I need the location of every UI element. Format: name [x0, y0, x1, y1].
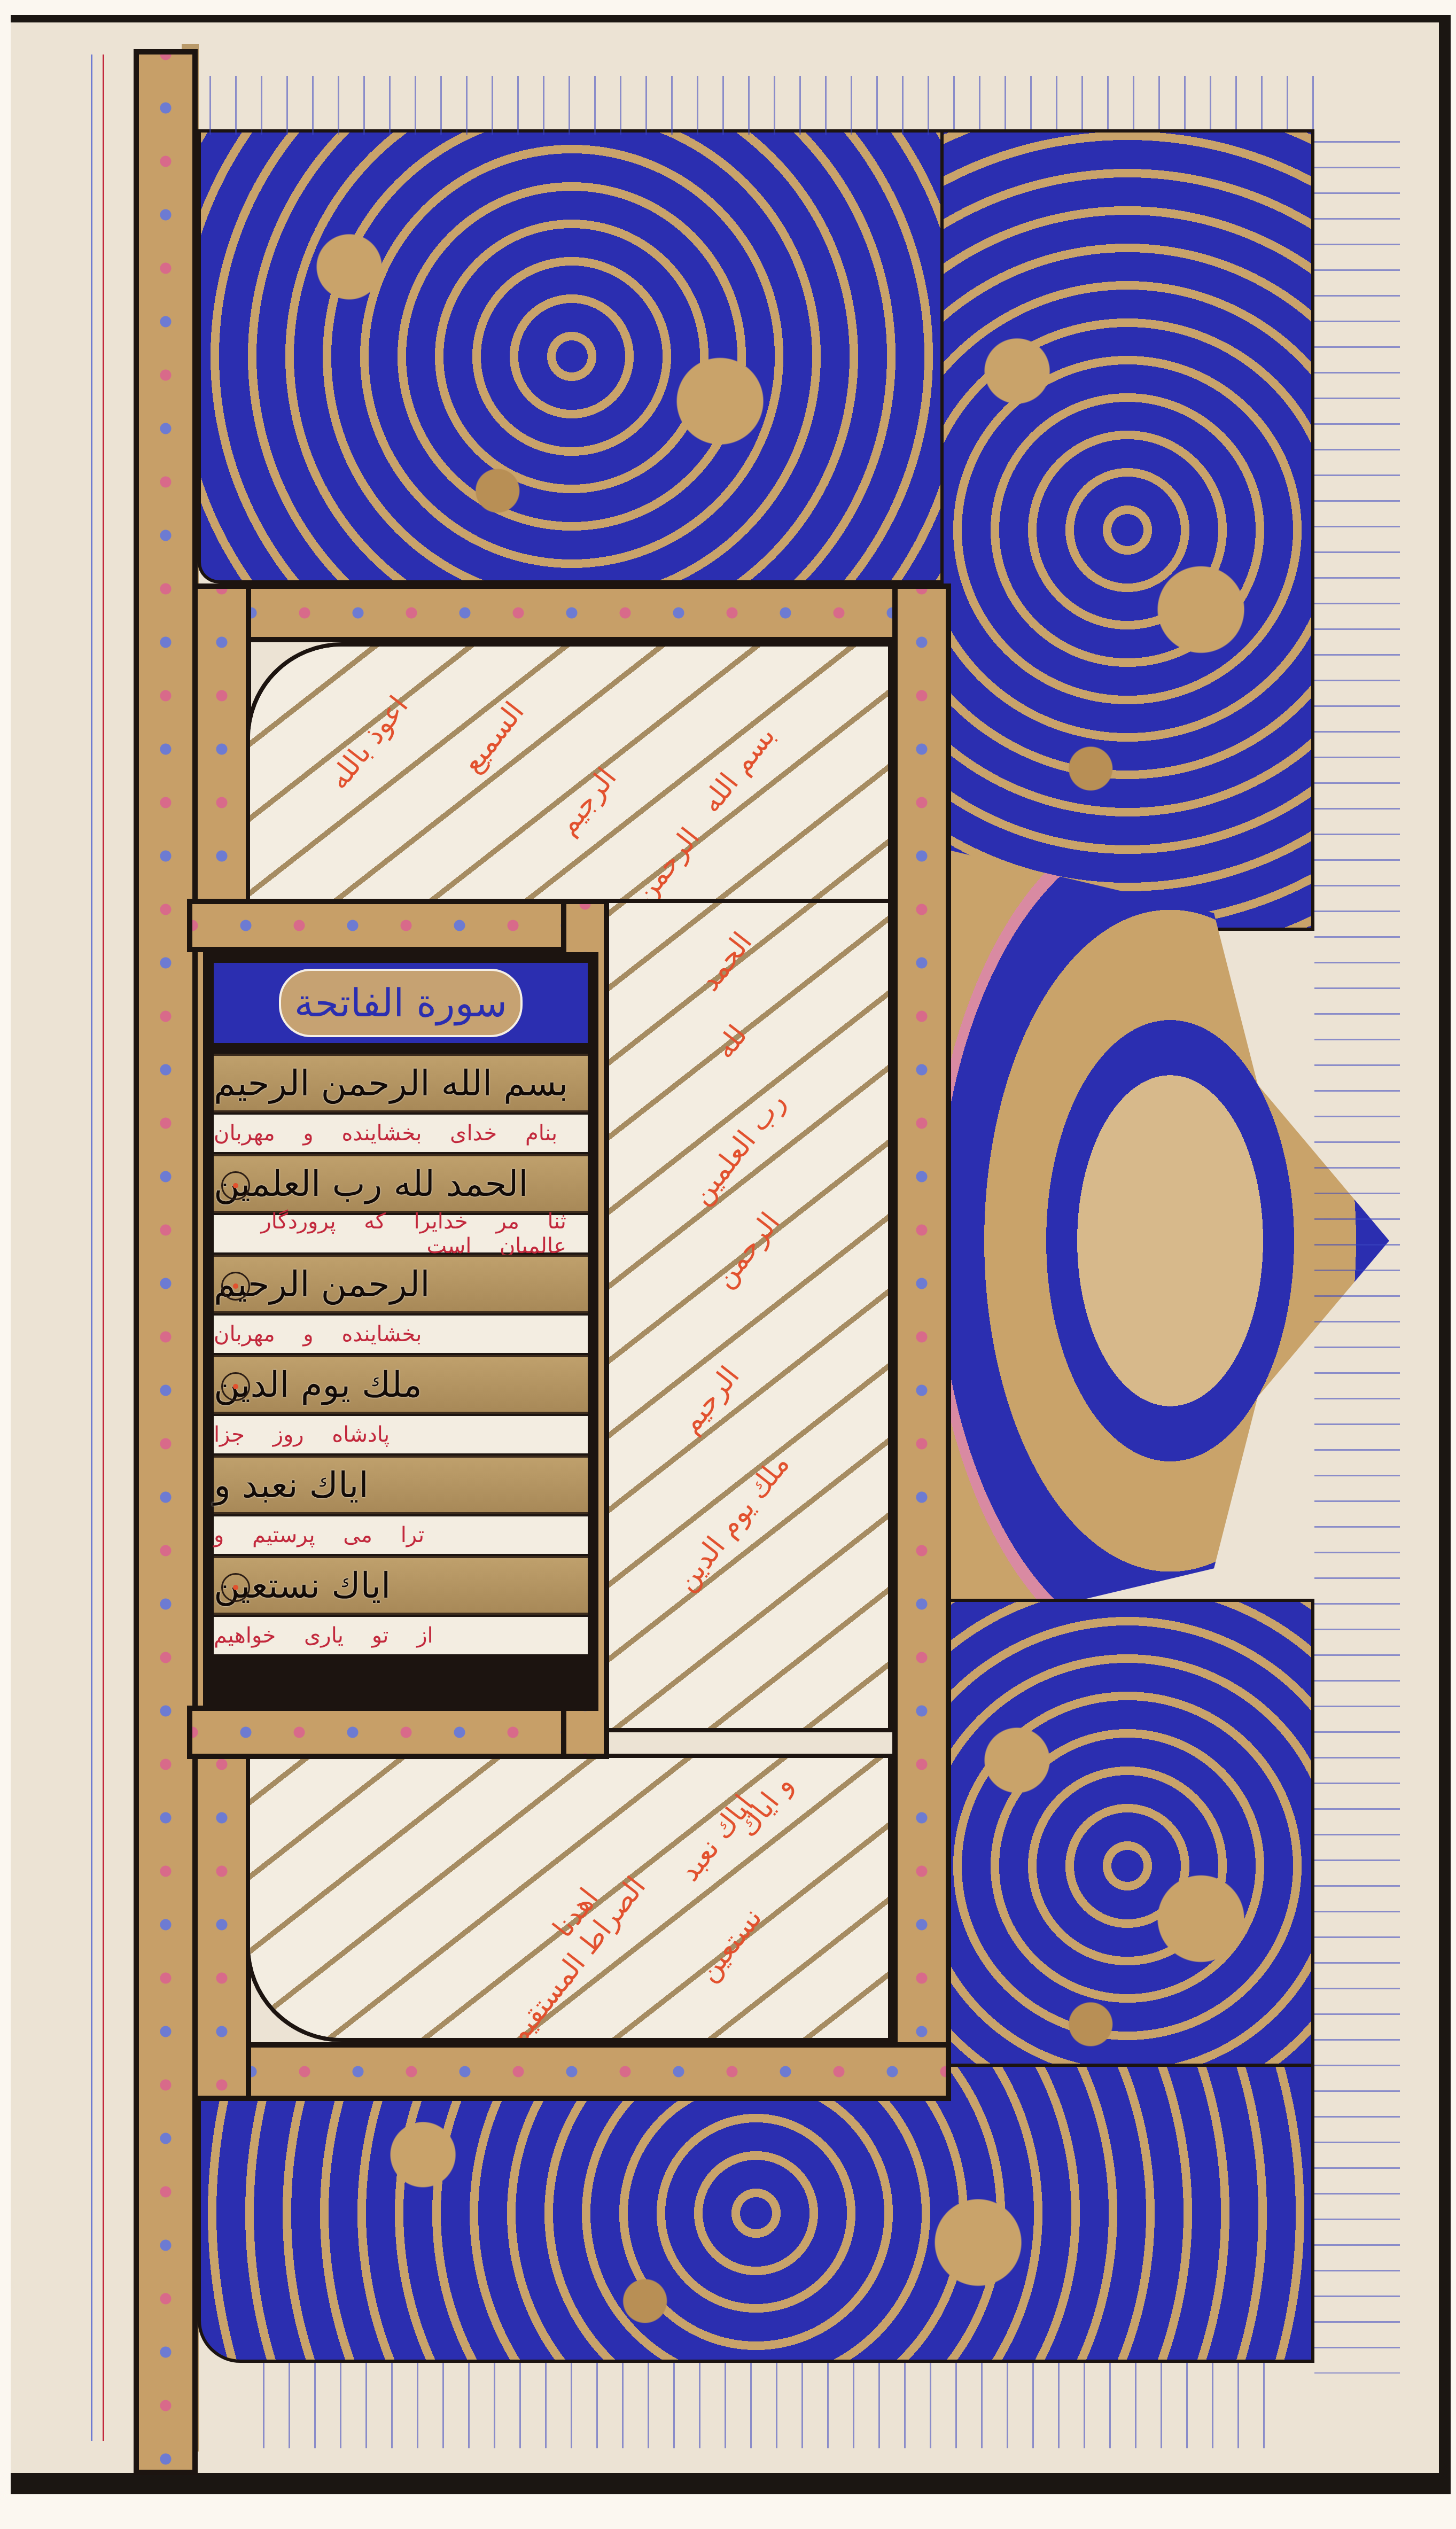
floral-border-inner-top	[192, 583, 951, 642]
blue-fringe-top	[198, 76, 1320, 135]
verse-line: بسم الله الرحمن الرحيم	[214, 1054, 588, 1112]
commentary-panel-right: الحمد لله رب العلمين الرحمن الرحيم ملك ي…	[604, 899, 892, 1732]
illumination-right-lower	[940, 1599, 1314, 2133]
gloss-line: پادشاه روز جزا	[214, 1416, 588, 1453]
gloss-line: بنام خدای بخشاینده و مهربان	[214, 1115, 588, 1152]
verse-marker-icon	[221, 1272, 250, 1301]
verse-text: الحمد لله رب العلمين	[214, 1163, 528, 1204]
margin-ruling-red	[103, 55, 104, 2441]
verse-line: ملك يوم الدين	[214, 1355, 588, 1414]
verse-line: الرحمن الرحيم	[214, 1255, 588, 1313]
floral-border-text-bottom	[187, 1706, 609, 1759]
manuscript-page: اعوذ بالله السميع الرجيم بسم الله الرحمن…	[11, 15, 1451, 2494]
margin-ruling-blue	[91, 55, 92, 2441]
commentary-panel-bottom: اياك نعبد و اياك نستعين اهدنا الصراط الم…	[246, 1754, 892, 2042]
floral-border-text-top	[187, 899, 609, 952]
illumination-bottom-tailpiece	[198, 2064, 1314, 2363]
verse-marker-icon	[221, 1573, 250, 1602]
illumination-right-upper	[940, 129, 1314, 931]
verse-text: بسم الله الرحمن الرحيم	[214, 1063, 568, 1104]
blue-fringe-right	[1314, 129, 1400, 2374]
verse-line: اياك نعبد و	[214, 1456, 588, 1514]
fatiha-text-block: سورة الفاتحة بسم الله الرحمن الرحيم بنام…	[203, 952, 598, 1711]
commentary-panel-top: اعوذ بالله السميع الرجيم بسم الله الرحمن	[246, 642, 892, 909]
verse-text: اياك نعبد و	[214, 1465, 369, 1506]
gloss-line: ثنا مر خدایرا که پروردگار عالمیان است	[214, 1215, 588, 1252]
floral-border-inner-right	[892, 583, 951, 2101]
gloss-line: از تو یاری خواهیم	[214, 1617, 588, 1654]
floral-border-outer-left	[134, 49, 198, 2475]
surah-title: سورة الفاتحة	[279, 969, 523, 1037]
verse-line: اياك نستعين	[214, 1556, 588, 1615]
verse-marker-icon	[221, 1372, 250, 1401]
verse-marker-icon	[221, 1171, 250, 1200]
illumination-top-headpiece	[198, 129, 946, 583]
gloss-line: بخشاینده و مهربان	[214, 1316, 588, 1353]
gloss-line: ترا می پرستیم و	[214, 1516, 588, 1554]
blue-fringe-bottom	[251, 2363, 1266, 2448]
verse-line: الحمد لله رب العلمين	[214, 1154, 588, 1213]
floral-border-inner-bottom	[192, 2042, 951, 2101]
surah-title-cartouche: سورة الفاتحة	[214, 963, 588, 1043]
